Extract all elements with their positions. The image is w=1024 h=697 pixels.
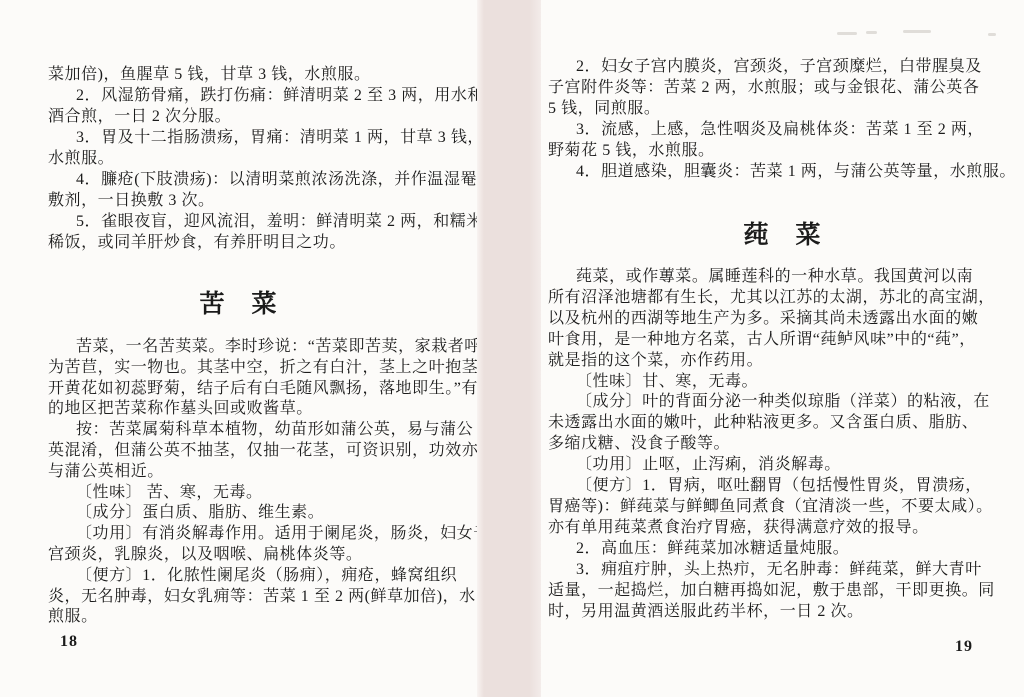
scan-artifact — [837, 32, 857, 35]
text-line: 〔性味〕 苦、寒，无毒。 — [48, 483, 466, 504]
text-line: 为苦苣，实一物也。其茎中空，折之有白汁，茎上之叶抱茎， — [48, 358, 466, 379]
left-body-text-block: 苦菜，一名苦荬菜。李时珍说：“苦菜即苦荬，家栽者呼为苦苣，实一物也。其茎中空，折… — [48, 337, 466, 628]
text-line: 4．臁疮(下肢溃疡)：以清明菜煎浓汤洗涤，并作温湿罨 — [48, 169, 464, 190]
text-line: 宫颈炎，乳腺炎，以及咽喉、扁桃体炎等。 — [48, 545, 466, 566]
section-title-kucai: 苦 菜 — [0, 284, 477, 320]
text-line: 未透露出水面的嫩叶，此种粘液更多。又含蛋白质、脂肪、 — [548, 413, 1000, 434]
right-intro-text-block: 2．妇女子宫内膜炎，宫颈炎，子宫颈糜烂，白带腥臭及子宫附件炎等：苦菜 2 两，水… — [548, 56, 1000, 182]
text-line: 菜加倍)，鱼腥草 5 钱，甘草 3 钱，水煎服。 — [48, 64, 464, 85]
text-line: 多缩戊糖、没食子酸等。 — [548, 434, 1000, 455]
page-number-right: 19 — [955, 638, 973, 656]
text-line: 英混淆，但蒲公英不抽茎，仅抽一花茎，可资识别，功效亦 — [48, 441, 466, 462]
text-line: 所有沼泽池塘都有生长，尤其以江苏的太湖，苏北的高宝湖， — [548, 288, 1000, 309]
scan-artifact — [988, 33, 996, 36]
binding-gutter — [477, 0, 541, 697]
text-line: 3．胃及十二指肠溃疡，胃痛：清明菜 1 两，甘草 3 钱， — [48, 127, 464, 148]
left-intro-text-block: 菜加倍)，鱼腥草 5 钱，甘草 3 钱，水煎服。2．风湿筋骨痛，跌打伤痛：鲜清明… — [48, 64, 464, 253]
text-line: 炎，无名肿毒，妇女乳痈等：苦菜 1 至 2 两(鲜草加倍)，水 — [48, 587, 466, 608]
text-line: 3．痈疽疔肿，头上热疖，无名肿毒：鲜莼菜，鲜大青叶 — [548, 560, 1000, 581]
text-line: 时，另用温黄酒送服此药半杯，一日 2 次。 — [548, 602, 1000, 623]
text-line: 子宫附件炎等：苦菜 2 两，水煎服；或与金银花、蒲公英各 — [548, 77, 1000, 98]
text-line: 3．流感，上感，急性咽炎及扁桃体炎：苦菜 1 至 2 两， — [548, 119, 1000, 140]
text-line: 苦菜，一名苦荬菜。李时珍说：“苦菜即苦荬，家栽者呼 — [48, 337, 466, 358]
text-line: 〔功用〕有消炎解毒作用。适用于阑尾炎，肠炎，妇女子 — [48, 524, 466, 545]
text-line: 敷剂，一日换敷 3 次。 — [48, 190, 464, 211]
text-line: 开黄花如初蕊野菊，结子后有白毛随风飘扬，落地即生。”有 — [48, 379, 466, 400]
text-line: 莼菜，或作蓴菜。属睡莲科的一种水草。我国黄河以南 — [548, 267, 1000, 288]
text-line: 4．胆道感染，胆囊炎：苦菜 1 两，与蒲公英等量，水煎服。 — [548, 161, 1000, 182]
left-page: 菜加倍)，鱼腥草 5 钱，甘草 3 钱，水煎服。2．风湿筋骨痛，跌打伤痛：鲜清明… — [0, 0, 477, 697]
text-line: 2．妇女子宫内膜炎，宫颈炎，子宫颈糜烂，白带腥臭及 — [548, 56, 1000, 77]
text-line: 胃癌等)：鲜莼菜与鲜鲫鱼同煮食（宜清淡一些，不要太咸）。 — [548, 497, 1000, 518]
text-line: 稀饭，或同羊肝炒食，有养肝明目之功。 — [48, 232, 464, 253]
scan-artifact — [903, 30, 931, 33]
page-number-left: 18 — [60, 633, 78, 651]
text-line: 〔便方〕1．化脓性阑尾炎（肠痈），痈疮，蜂窝组织 — [48, 566, 466, 587]
text-line: 〔成分〕蛋白质、脂肪、维生素。 — [48, 503, 466, 524]
book-scan: { "colors": { "page_bg": "#fcfbf9", "gut… — [0, 0, 1024, 697]
text-line: 5 钱，同煎服。 — [548, 98, 1000, 119]
text-line: 就是指的这个菜，亦作药用。 — [548, 351, 1000, 372]
text-line: 的地区把苦菜称作墓头回或败酱草。 — [48, 399, 466, 420]
text-line: 与蒲公英相近。 — [48, 462, 466, 483]
text-line: 以及杭州的西湖等地生产为多。采摘其尚未透露出水面的嫩 — [548, 309, 1000, 330]
text-line: 适量，一起捣烂，加白糖再捣如泥，敷于患部，干即更换。同 — [548, 581, 1000, 602]
text-line: 5．雀眼夜盲，迎风流泪，羞明：鲜清明菜 2 两，和糯米煮 — [48, 211, 464, 232]
section-title-chuncai: 莼 菜 — [541, 215, 1024, 251]
text-line: 2．高血压：鲜莼菜加冰糖适量炖服。 — [548, 539, 1000, 560]
text-line: 〔功用〕止呕，止泻痢，消炎解毒。 — [548, 455, 1000, 476]
right-body-text-block: 莼菜，或作蓴菜。属睡莲科的一种水草。我国黄河以南所有沼泽池塘都有生长，尤其以江苏… — [548, 267, 1000, 622]
right-page: 2．妇女子宫内膜炎，宫颈炎，子宫颈糜烂，白带腥臭及子宫附件炎等：苦菜 2 两，水… — [541, 0, 1024, 697]
text-line: 〔便方〕1．胃病，呕吐翻胃（包括慢性胃炎，胃溃疡， — [548, 476, 1000, 497]
text-line: 酒合煎，一日 2 次分服。 — [48, 106, 464, 127]
text-line: 2．风湿筋骨痛，跌打伤痛：鲜清明菜 2 至 3 两，用水和 — [48, 85, 464, 106]
text-line: 〔成分〕叶的背面分泌一种类似琼脂（洋菜）的粘液，在 — [548, 392, 1000, 413]
text-line: 煎服。 — [48, 607, 466, 628]
text-line: 野菊花 5 钱，水煎服。 — [548, 140, 1000, 161]
text-line: 水煎服。 — [48, 148, 464, 169]
text-line: 亦有单用莼菜煮食治疗胃癌，获得满意疗效的报导。 — [548, 518, 1000, 539]
text-line: 叶食用，是一种地方名菜，古人所谓“莼鲈风味”中的“莼”， — [548, 330, 1000, 351]
scan-artifact — [866, 31, 877, 34]
text-line: 〔性味〕甘、寒，无毒。 — [548, 372, 1000, 393]
text-line: 按：苦菜属菊科草本植物，幼苗形如蒲公英，易与蒲公 — [48, 420, 466, 441]
